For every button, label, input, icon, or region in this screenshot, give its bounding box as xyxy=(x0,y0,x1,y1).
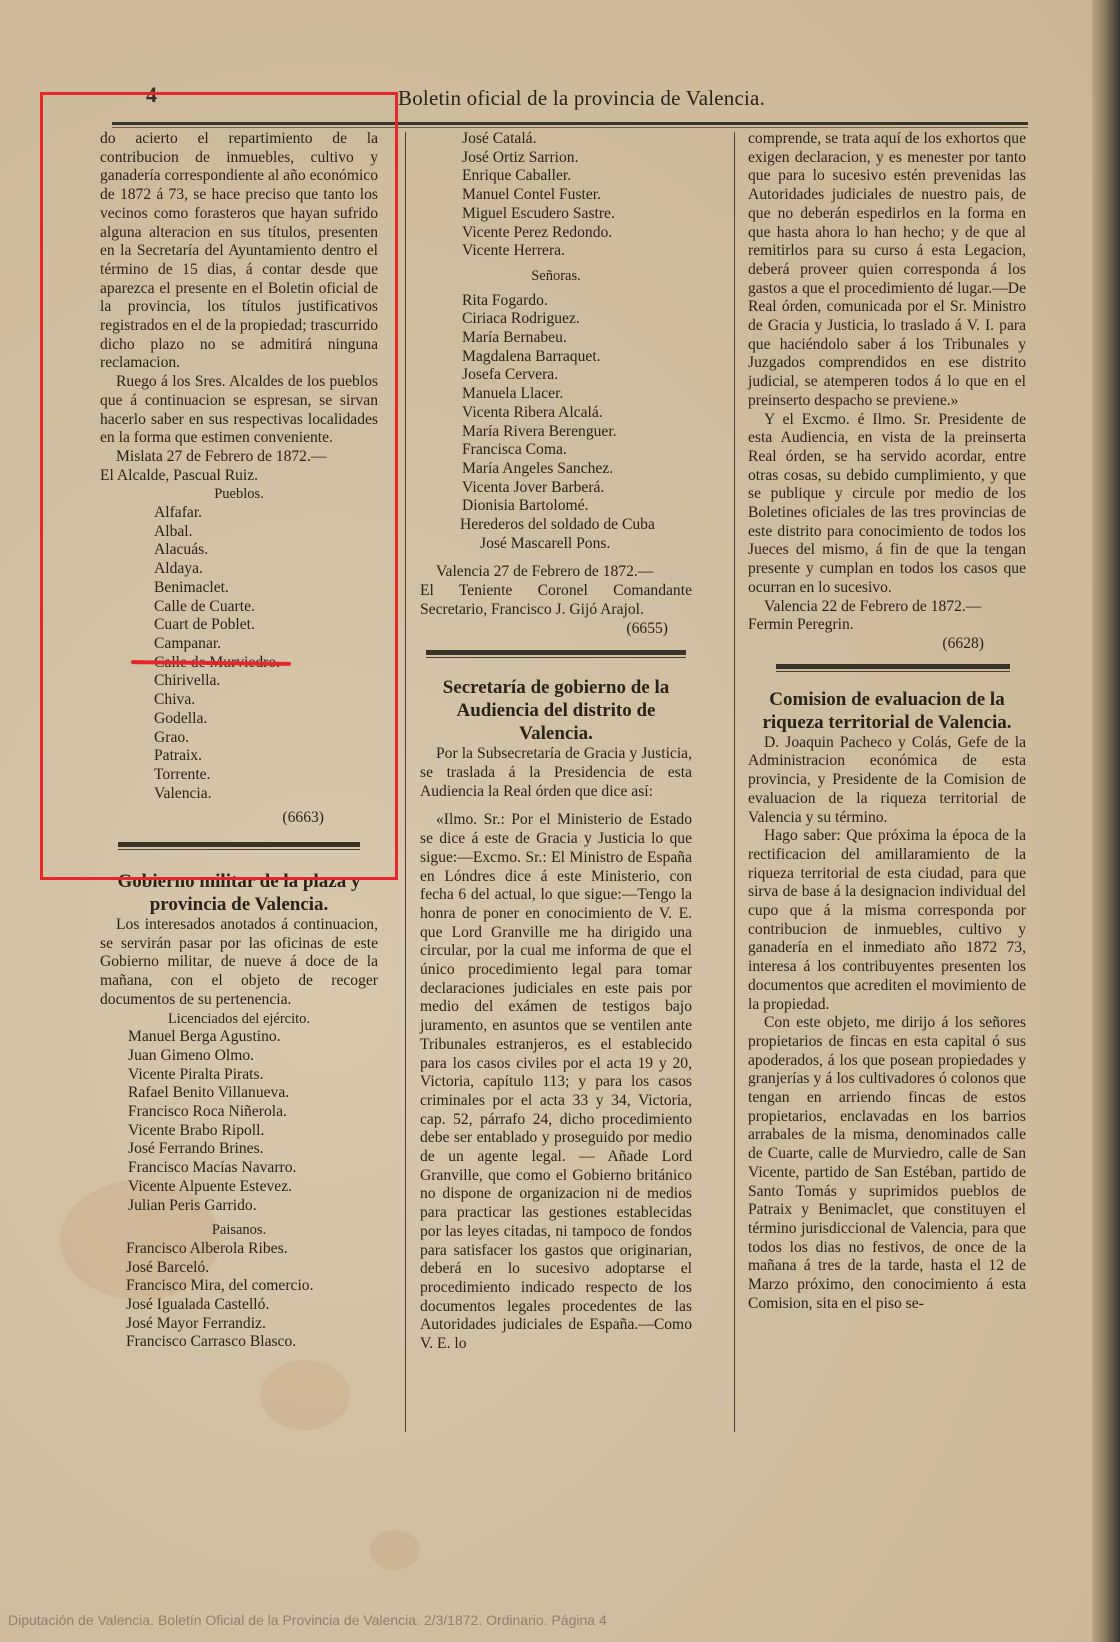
section-separator-thin xyxy=(426,657,686,658)
name-item: José Barceló. xyxy=(100,1259,378,1278)
comision-paragraph-3: Con este objeto, me dirijo á los señores… xyxy=(748,1014,1026,1313)
comision-paragraph-2: Hago saber: Que próxima la época de la r… xyxy=(748,827,1026,1014)
name-item: Vicente Herrera. xyxy=(420,242,692,261)
section-heading-comision: Comision de evaluacion de la riqueza ter… xyxy=(748,688,1026,734)
name-item: José Catalá. xyxy=(420,130,692,149)
name-item: Francisco Mira, del comercio. xyxy=(100,1277,378,1296)
name-item: Manuela Llacer. xyxy=(420,385,692,404)
section-separator xyxy=(426,650,686,655)
name-item: María Bernabeu. xyxy=(420,329,692,348)
name-item: José Mayor Ferrandiz. xyxy=(100,1315,378,1334)
name-item: Enrique Caballer. xyxy=(420,167,692,186)
name-item: José Mascarell Pons. xyxy=(420,535,692,554)
licenciados-list: Manuel Berga Agustino. Juan Gimeno Olmo.… xyxy=(100,1028,378,1215)
name-item: Magdalena Barraquet. xyxy=(420,348,692,367)
paisanos-heading: Paisanos. xyxy=(100,1221,378,1240)
name-item: Rafael Benito Villanueva. xyxy=(100,1084,378,1103)
paper-stain xyxy=(370,1530,420,1570)
red-highlight-box xyxy=(40,92,398,880)
name-item: Juan Gimeno Olmo. xyxy=(100,1047,378,1066)
column-3: comprende, se trata aquí de los exhortos… xyxy=(748,130,1026,1313)
column-divider xyxy=(734,132,735,1432)
paisanos-list: Francisco Alberola Ribes. José Barceló. … xyxy=(100,1240,378,1352)
name-item: Vicente Alpuente Estevez. xyxy=(100,1178,378,1197)
senoras-heading: Señoras. xyxy=(420,267,692,286)
name-item: María Rivera Berenguer. xyxy=(420,423,692,442)
licenciados-heading: Licenciados del ejército. xyxy=(100,1010,378,1029)
paper-stain xyxy=(260,1360,350,1430)
presidente-paragraph: Y el Excmo. é Ilmo. Sr. Presidente de es… xyxy=(748,411,1026,598)
audiencia-real-orden: «Ilmo. Sr.: Por el Ministerio de Estado … xyxy=(420,811,692,1353)
footer-caption: Diputación de Valencia. Boletín Oficial … xyxy=(8,1612,607,1628)
name-item: Julian Peris Garrido. xyxy=(100,1197,378,1216)
audiencia-intro: Por la Subsecretaría de Gracia y Justici… xyxy=(420,745,692,801)
name-item: Rita Fogardo. xyxy=(420,292,692,311)
name-item: José Igualada Castelló. xyxy=(100,1296,378,1315)
militar-date: Valencia 27 de Febrero de 1872.— xyxy=(420,563,692,582)
name-item: Dionisia Bartolomé. xyxy=(420,497,692,516)
militar-signature: El Teniente Coronel Comandante Secretari… xyxy=(420,582,692,619)
name-item: Francisco Roca Niñerola. xyxy=(100,1103,378,1122)
name-item: Vicente Perez Redondo. xyxy=(420,224,692,243)
audiencia-date: Valencia 22 de Febrero de 1872.— xyxy=(748,598,1026,617)
masthead-title: Boletin oficial de la provincia de Valen… xyxy=(398,86,765,111)
section-separator-thin xyxy=(776,671,1010,672)
reference-number: (6628) xyxy=(748,635,1026,654)
name-item: Vicente Brabo Ripoll. xyxy=(100,1122,378,1141)
name-item: Francisco Carrasco Blasco. xyxy=(100,1333,378,1352)
name-item: José Ortiz Sarrion. xyxy=(420,149,692,168)
name-item: Francisca Coma. xyxy=(420,441,692,460)
audiencia-continued: comprende, se trata aquí de los exhortos… xyxy=(748,130,1026,411)
comision-paragraph-1: D. Joaquin Pacheco y Colás, Gefe de la A… xyxy=(748,734,1026,828)
section-heading-audiencia: Secretaría de gobierno de la Audiencia d… xyxy=(420,676,692,745)
name-item: Miguel Escudero Sastre. xyxy=(420,205,692,224)
name-item: Francisco Macías Navarro. xyxy=(100,1159,378,1178)
name-item: Josefa Cervera. xyxy=(420,366,692,385)
newspaper-page: 4 Boletin oficial de la provincia de Val… xyxy=(0,0,1092,1642)
audiencia-signature: Fermin Peregrin. xyxy=(748,616,1026,635)
name-item: Manuel Berga Agustino. xyxy=(100,1028,378,1047)
name-item: Ciriaca Rodriguez. xyxy=(420,310,692,329)
name-item: Francisco Alberola Ribes. xyxy=(100,1240,378,1259)
column-divider xyxy=(405,132,406,1432)
name-item: Manuel Contel Fuster. xyxy=(420,186,692,205)
senoras-list: Rita Fogardo. Ciriaca Rodriguez. María B… xyxy=(420,292,692,554)
page-edge-shadow xyxy=(1092,0,1120,1642)
column-2: José Catalá. José Ortiz Sarrion. Enrique… xyxy=(420,130,692,1354)
reference-number: (6655) xyxy=(420,620,692,639)
name-item: Herederos del soldado de Cuba xyxy=(420,516,692,535)
gobierno-militar-intro: Los interesados anotados á continuacion,… xyxy=(100,916,378,1010)
section-separator xyxy=(776,664,1010,669)
name-item: María Angeles Sanchez. xyxy=(420,460,692,479)
names-continued-list: José Catalá. José Ortiz Sarrion. Enrique… xyxy=(420,130,692,261)
name-item: Vicenta Ribera Alcalá. xyxy=(420,404,692,423)
name-item: Vicenta Jover Barberá. xyxy=(420,479,692,498)
name-item: José Ferrando Brines. xyxy=(100,1140,378,1159)
name-item: Vicente Piralta Pirats. xyxy=(100,1066,378,1085)
